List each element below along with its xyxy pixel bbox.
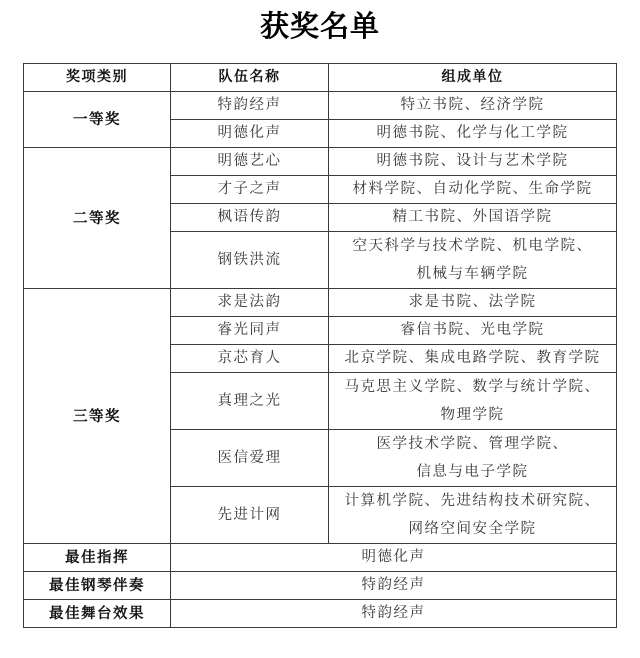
special-award-row: 最佳钢琴伴奏 特韵经声 (24, 572, 617, 600)
special-award-team: 明德化声 (171, 544, 617, 572)
member-units: 求是书院、法学院 (329, 289, 617, 317)
member-units-line: 信息与电子学院 (329, 458, 616, 486)
member-units: 医学技术学院、管理学院、 信息与电子学院 (329, 430, 617, 487)
team-name: 求是法韵 (171, 289, 329, 317)
member-units: 特立书院、经济学院 (329, 92, 617, 120)
member-units-line: 空天科学与技术学院、机电学院、 (329, 232, 616, 260)
awards-table: 奖项类别 队伍名称 组成单位 一等奖 特韵经声 特立书院、经济学院 明德化声 明… (23, 63, 617, 628)
table-header-row: 奖项类别 队伍名称 组成单位 (24, 64, 617, 92)
member-units: 明德书院、设计与艺术学院 (329, 148, 617, 176)
team-name: 真理之光 (171, 373, 329, 430)
team-name: 明德化声 (171, 120, 329, 148)
team-name: 京芯育人 (171, 345, 329, 373)
member-units: 明德书院、化学与化工学院 (329, 120, 617, 148)
category-best-stage-effect: 最佳舞台效果 (24, 600, 171, 628)
table-row: 一等奖 特韵经声 特立书院、经济学院 (24, 92, 617, 120)
member-units: 材料学院、自动化学院、生命学院 (329, 176, 617, 204)
team-name: 枫语传韵 (171, 204, 329, 232)
header-team-name: 队伍名称 (171, 64, 329, 92)
member-units: 精工书院、外国语学院 (329, 204, 617, 232)
special-award-row: 最佳指挥 明德化声 (24, 544, 617, 572)
member-units-line: 医学技术学院、管理学院、 (329, 430, 616, 458)
special-award-row: 最佳舞台效果 特韵经声 (24, 600, 617, 628)
team-name: 才子之声 (171, 176, 329, 204)
member-units: 北京学院、集成电路学院、教育学院 (329, 345, 617, 373)
member-units: 空天科学与技术学院、机电学院、 机械与车辆学院 (329, 232, 617, 289)
special-award-team: 特韵经声 (171, 600, 617, 628)
category-best-conductor: 最佳指挥 (24, 544, 171, 572)
category-best-piano-accompaniment: 最佳钢琴伴奏 (24, 572, 171, 600)
team-name: 睿光同声 (171, 317, 329, 345)
member-units-line: 马克思主义学院、数学与统计学院、 (329, 373, 616, 401)
member-units-line: 机械与车辆学院 (329, 260, 616, 288)
category-first-prize: 一等奖 (24, 92, 171, 148)
member-units: 计算机学院、先进结构技术研究院、 网络空间安全学院 (329, 487, 617, 544)
member-units: 睿信书院、光电学院 (329, 317, 617, 345)
category-second-prize: 二等奖 (24, 148, 171, 289)
member-units-line: 网络空间安全学院 (329, 515, 616, 543)
member-units-line: 计算机学院、先进结构技术研究院、 (329, 487, 616, 515)
table-row: 三等奖 求是法韵 求是书院、法学院 (24, 289, 617, 317)
table-row: 二等奖 明德艺心 明德书院、设计与艺术学院 (24, 148, 617, 176)
team-name: 钢铁洪流 (171, 232, 329, 289)
category-third-prize: 三等奖 (24, 289, 171, 544)
member-units-line: 物理学院 (329, 401, 616, 429)
header-member-units: 组成单位 (329, 64, 617, 92)
team-name: 医信爱理 (171, 430, 329, 487)
special-award-team: 特韵经声 (171, 572, 617, 600)
team-name: 明德艺心 (171, 148, 329, 176)
team-name: 特韵经声 (171, 92, 329, 120)
member-units: 马克思主义学院、数学与统计学院、 物理学院 (329, 373, 617, 430)
team-name: 先进计网 (171, 487, 329, 544)
page-title: 获奖名单 (0, 6, 640, 46)
header-award-category: 奖项类别 (24, 64, 171, 92)
